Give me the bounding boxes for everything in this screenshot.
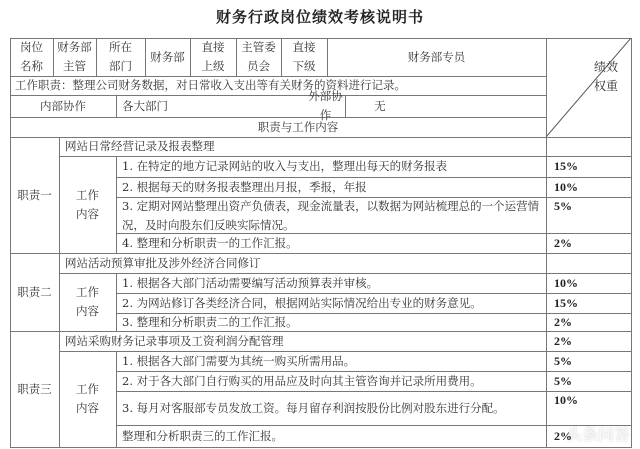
direct-subordinate-value: 财务部专员	[327, 38, 546, 76]
direct-superior-label: 直接上级	[190, 38, 236, 76]
duty-2-work-content-label: 工作内容	[59, 273, 116, 331]
weight-header-line2: 权重	[584, 77, 628, 96]
duty-3-summary-weight: 2%	[546, 331, 631, 351]
duty-2-item-1-weight: 10%	[546, 273, 631, 293]
duty-1-item-4: 4. 整理和分析职责一的工作汇报。	[116, 233, 546, 253]
duty-1-item-3: 3. 定期对网站整理出资产负债表，现金流量表，以数据为网站梳理总的一个运营情况，…	[116, 197, 546, 233]
duty-2-item-3: 3. 整理和分析职责二的工作汇报。	[116, 313, 546, 331]
duty-1-item-4-weight: 2%	[546, 233, 631, 253]
duty-1-item-2-weight: 10%	[546, 177, 631, 197]
duty-1-summary-weight	[546, 137, 631, 156]
duty-1-item-1-weight: 15%	[546, 156, 631, 177]
weight-header-line1: 绩效	[584, 58, 628, 77]
duty-3-item-1-weight: 5%	[546, 351, 631, 371]
duty-3-summary: 网站采购财务记录事项及工资利润分配管理	[59, 331, 546, 351]
external-collab-value: 无	[345, 95, 405, 117]
department-value: 财务部	[145, 38, 190, 76]
duty-2-item-2: 2. 为网站修订各类经济合同，根据网站实际情况给出专业的财务意见。	[116, 293, 546, 313]
duty-1-label: 职责一	[10, 137, 59, 253]
duty-2-item-1: 1. 根据各大部门活动需要编写活动预算表并审核。	[116, 273, 546, 293]
direct-superior-value: 主管委员会	[236, 38, 281, 76]
duty-3-work-content-label: 工作内容	[59, 351, 116, 447]
duty-1-item-2: 2. 根据每天的财务报表整理出月报，季报，年报	[116, 177, 546, 197]
duty-2-label: 职责二	[10, 253, 59, 331]
duty-3-item-3: 3. 每月对客服部专员发放工资。每月留存利润按股份比例对股东进行分配。	[116, 391, 546, 425]
duty-3-item-1: 1. 根据各大部门需要为其统一购买所需用品。	[116, 351, 546, 371]
duty-1-work-content-label: 工作内容	[59, 156, 116, 253]
duty-2-item-2-weight: 15%	[546, 293, 631, 313]
duty-3-item-4: 整理和分析职责三的工作汇报。	[116, 425, 546, 447]
position-name-label: 岗位名称	[10, 38, 53, 76]
watermark: 头条问答	[566, 422, 630, 445]
duty-1-summary: 网站日常经营记录及报表整理	[59, 137, 546, 156]
department-label: 所在部门	[96, 38, 145, 76]
duty-2-summary: 网站活动预算审批及涉外经济合同修订	[59, 253, 546, 273]
position-name-value: 财务部主管	[53, 38, 96, 76]
duty-3-item-2-weight: 5%	[546, 371, 631, 391]
duty-2-item-3-weight: 2%	[546, 313, 631, 331]
internal-collab-label: 内部协作	[10, 95, 116, 117]
duty-2-summary-weight	[546, 253, 631, 273]
section-header: 职责与工作内容	[10, 117, 546, 137]
job-duty: 工作职责：整理公司财务数据，对日常收入支出等有关财务的资料进行记录。	[10, 76, 546, 95]
internal-collab-value: 各大部门	[116, 95, 226, 117]
direct-subordinate-label: 直接下级	[281, 38, 327, 76]
duty-3-label: 职责三	[10, 331, 59, 447]
weight-header: 绩效 权重	[584, 58, 628, 96]
duty-1-item-1: 1. 在特定的地方记录网站的收入与支出，整理出每天的财务报表	[116, 156, 546, 177]
duty-3-item-2: 2. 对于各大部门自行购买的用品应及时向其主管咨询并记录所用费用。	[116, 371, 546, 391]
duty-3-item-3-weight: 10%	[546, 391, 631, 425]
duty-1-item-3-weight: 5%	[546, 197, 631, 233]
external-collab-label: 外部协作	[226, 95, 345, 117]
